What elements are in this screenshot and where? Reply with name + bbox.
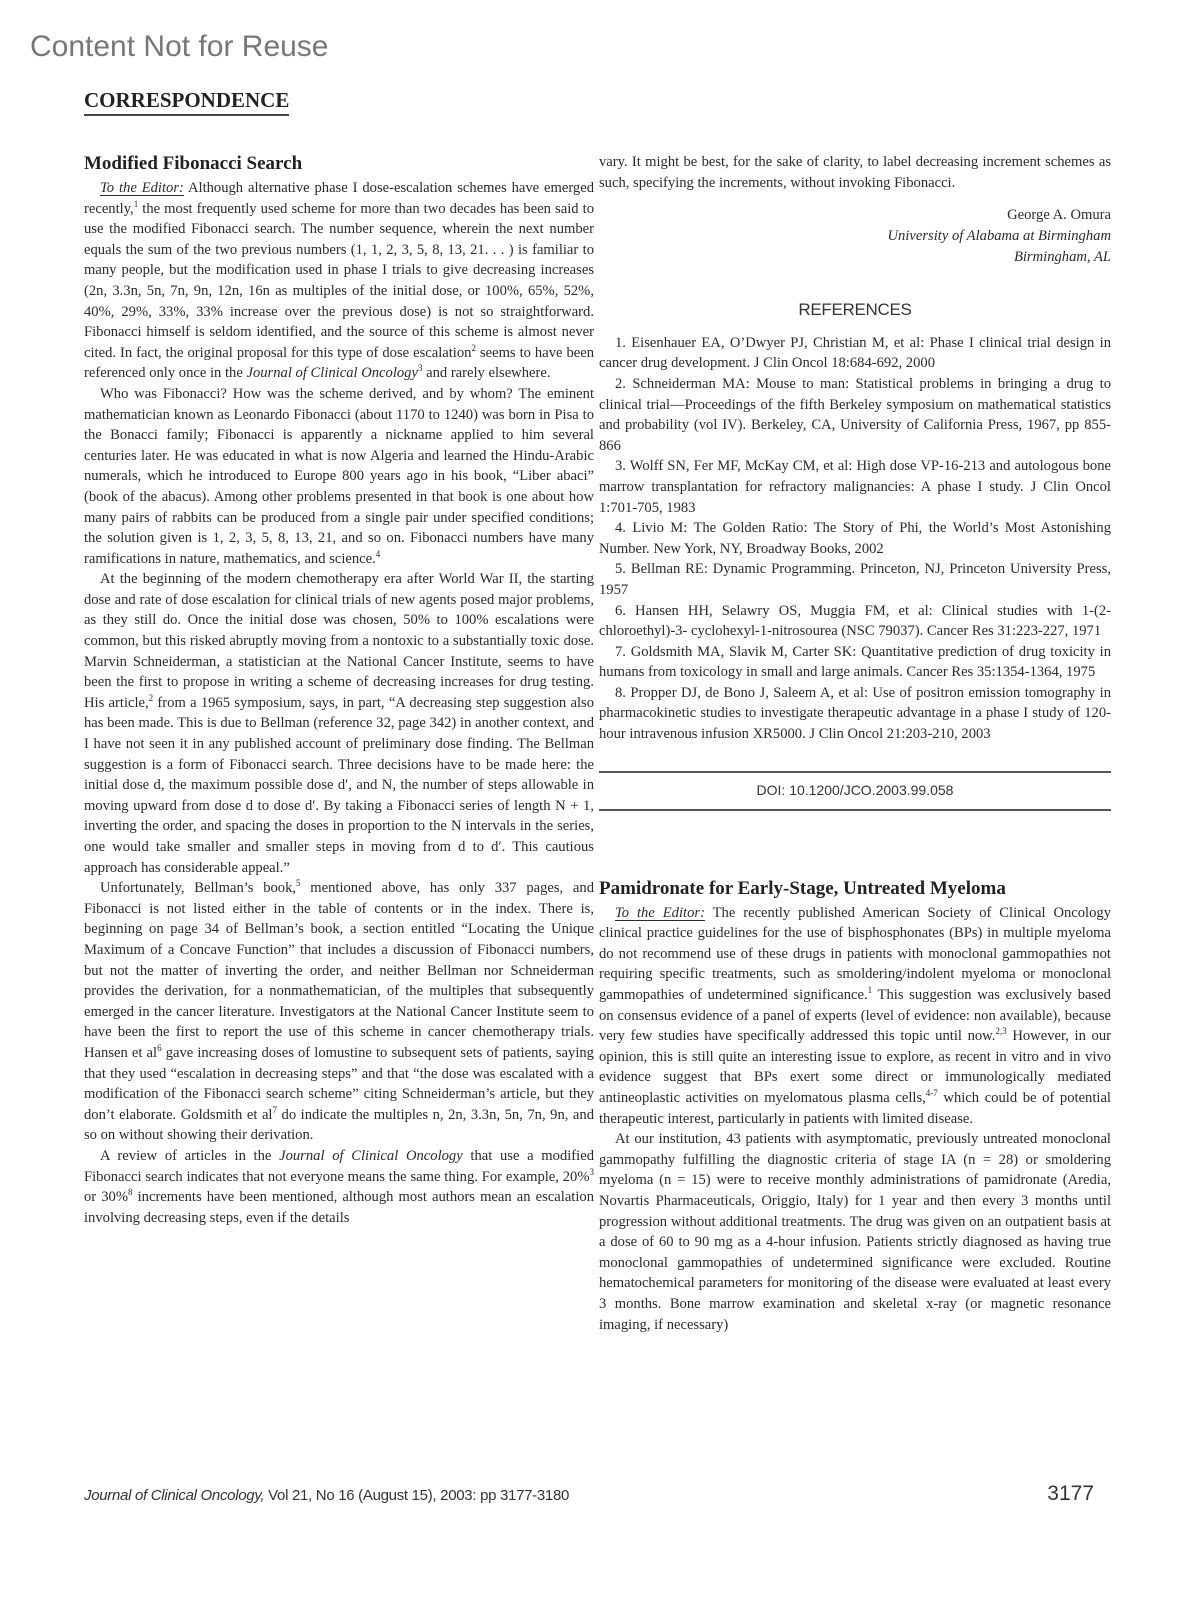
reference-item: 5. Bellman RE: Dynamic Programming. Prin…	[599, 559, 1111, 600]
reference-item: 3. Wolff SN, Fer MF, McKay CM, et al: Hi…	[599, 456, 1111, 518]
citation-superscript: 3	[590, 1167, 595, 1177]
citation-superscript: 4	[376, 549, 381, 559]
article-title-pamidronate: Pamidronate for Early-Stage, Untreated M…	[599, 877, 1111, 901]
fibonacci-paragraph: To the Editor: Although alternative phas…	[84, 178, 594, 384]
citation-superscript: 2	[471, 343, 476, 353]
reference-item: 1. Eisenhauer EA, O’Dwyer PJ, Christian …	[599, 333, 1111, 374]
article-body-fibonacci: To the Editor: Although alternative phas…	[84, 178, 594, 1228]
citation-details: Vol 21, No 16 (August 15), 2003: pp 3177…	[264, 1487, 569, 1504]
reference-item: 7. Goldsmith MA, Slavik M, Carter SK: Qu…	[599, 642, 1111, 683]
fibonacci-paragraph: A review of articles in the Journal of C…	[84, 1146, 594, 1228]
citation-superscript: 8	[128, 1187, 133, 1197]
section-heading: CORRESPONDENCE	[84, 88, 289, 116]
journal-name: Journal of Clinical Oncology,	[84, 1487, 264, 1504]
references-heading: REFERENCES	[599, 300, 1111, 321]
citation-superscript: 4-7	[926, 1088, 938, 1098]
citation-superscript: 1	[868, 985, 873, 995]
citation-superscript: 3	[418, 363, 423, 373]
citation-superscript: 5	[296, 878, 301, 888]
article-body-pamidronate: To the Editor: The recently published Am…	[599, 903, 1111, 1335]
references-list: 1. Eisenhauer EA, O’Dwyer PJ, Christian …	[599, 333, 1111, 745]
fibonacci-paragraph: Who was Fibonacci? How was the scheme de…	[84, 384, 594, 569]
to-the-editor-label: To the Editor:	[100, 180, 184, 196]
citation-superscript: 2	[149, 693, 154, 703]
reference-item: 4. Livio M: The Golden Ratio: The Story …	[599, 518, 1111, 559]
author-affiliation: University of Alabama at Birmingham	[599, 226, 1111, 247]
doi-banner: DOI: 10.1200/JCO.2003.99.058	[599, 771, 1111, 811]
page-footer: Journal of Clinical Oncology, Vol 21, No…	[84, 1482, 1094, 1506]
pamidronate-paragraph: At our institution, 43 patients with asy…	[599, 1129, 1111, 1335]
right-column: vary. It might be best, for the sake of …	[599, 152, 1111, 1335]
citation-superscript: 2,3	[995, 1026, 1006, 1036]
citation-superscript: 7	[273, 1105, 278, 1115]
signature-block: George A. Omura University of Alabama at…	[599, 205, 1111, 268]
journal-citation: Journal of Clinical Oncology, Vol 21, No…	[84, 1487, 569, 1504]
doi-link[interactable]: DOI: 10.1200/JCO.2003.99.058	[757, 780, 954, 801]
citation-superscript: 1	[134, 199, 139, 209]
page-number: 3177	[1047, 1482, 1094, 1506]
reference-item: 8. Propper DJ, de Bono J, Saleem A, et a…	[599, 683, 1111, 745]
author-location: Birmingham, AL	[599, 247, 1111, 268]
fibonacci-paragraph: At the beginning of the modern chemother…	[84, 569, 594, 878]
pamidronate-paragraph: To the Editor: The recently published Am…	[599, 903, 1111, 1130]
to-the-editor-label: To the Editor:	[615, 905, 705, 921]
citation-superscript: 6	[157, 1043, 162, 1053]
author-name: George A. Omura	[599, 205, 1111, 226]
fibonacci-paragraph: Unfortunately, Bellman’s book,5 mentione…	[84, 878, 594, 1146]
reference-item: 6. Hansen HH, Selawry OS, Muggia FM, et …	[599, 601, 1111, 642]
left-column: Modified Fibonacci Search To the Editor:…	[84, 152, 594, 1228]
article-continuation: vary. It might be best, for the sake of …	[599, 152, 1111, 193]
reference-item: 2. Schneiderman MA: Mouse to man: Statis…	[599, 374, 1111, 456]
article-title-fibonacci: Modified Fibonacci Search	[84, 152, 594, 176]
italic-journal-name: Journal of Clinical Oncology	[246, 365, 417, 381]
italic-journal-name: Journal of Clinical Oncology	[279, 1148, 463, 1164]
watermark: Content Not for Reuse	[30, 30, 329, 64]
